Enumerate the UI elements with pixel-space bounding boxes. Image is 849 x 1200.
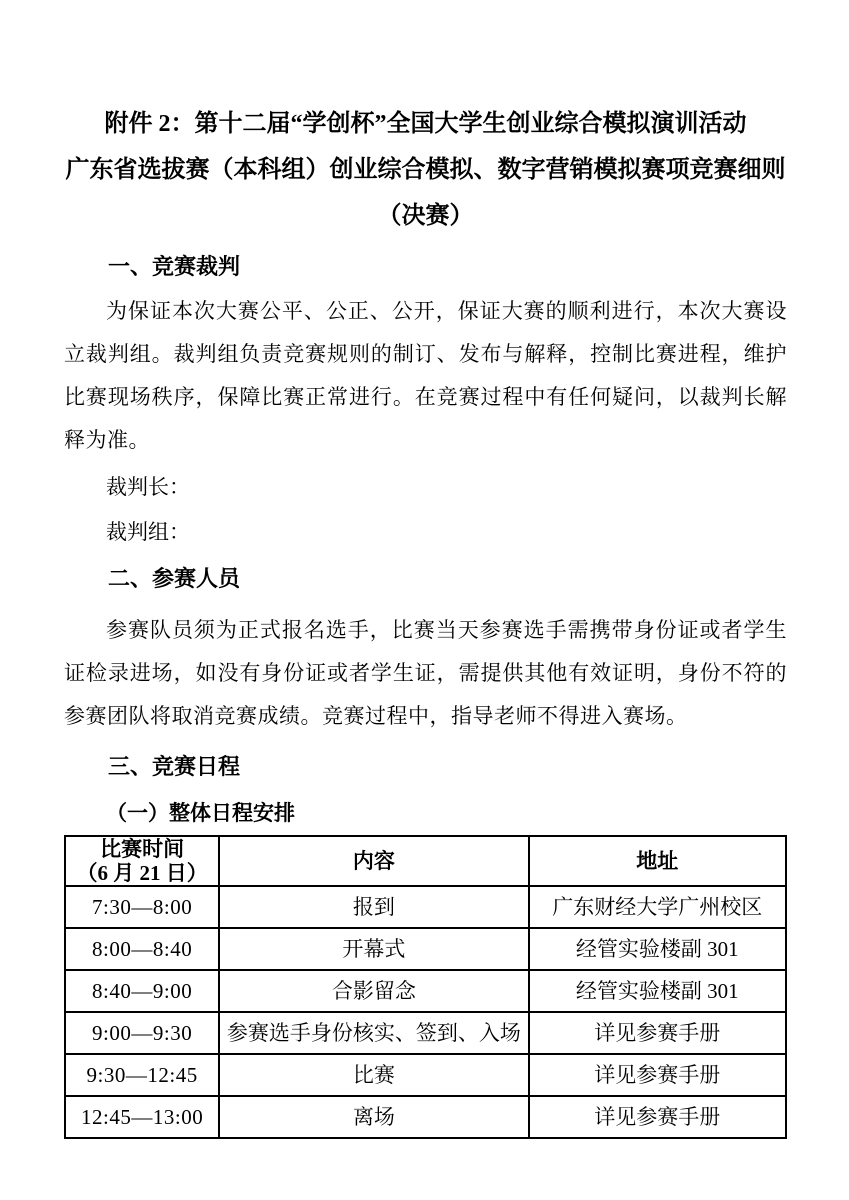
paragraph-referees-body: 为保证本次大赛公平、公正、公开，保证大赛的顺利进行，本次大赛设立裁判组。裁判组负… <box>64 290 787 462</box>
cell-time: 9:00—9:30 <box>65 1012 219 1054</box>
table-row: 7:30—8:00 报到 广东财经大学广州校区 <box>65 886 786 928</box>
heading-competition-schedule: 三、竞赛日程 <box>64 745 787 788</box>
table-row: 12:45—13:00 离场 详见参赛手册 <box>65 1096 786 1138</box>
cell-content: 合影留念 <box>219 970 528 1012</box>
label-chief-referee: 裁判长： <box>64 466 787 509</box>
schedule-table: 比赛时间 （6 月 21 日） 内容 地址 7:30—8:00 报到 广东财经大… <box>64 835 787 1139</box>
cell-address: 详见参赛手册 <box>529 1012 786 1054</box>
cell-content: 参赛选手身份核实、签到、入场 <box>219 1012 528 1054</box>
cell-content: 比赛 <box>219 1054 528 1096</box>
table-row: 9:30—12:45 比赛 详见参赛手册 <box>65 1054 786 1096</box>
paragraph-participants-body: 参赛队员须为正式报名选手，比赛当天参赛选手需携带身份证或者学生证检录进场，如没有… <box>64 609 787 738</box>
cell-content: 报到 <box>219 886 528 928</box>
cell-content: 离场 <box>219 1096 528 1138</box>
cell-time: 8:00—8:40 <box>65 928 219 970</box>
cell-address: 经管实验楼副 301 <box>529 928 786 970</box>
title-line-3: （决赛） <box>64 193 787 239</box>
document-page: 附件 2：第十二届“学创杯”全国大学生创业综合模拟演训活动 广东省选拔赛（本科组… <box>0 0 849 1200</box>
cell-time: 7:30—8:00 <box>65 886 219 928</box>
schedule-table-header: 比赛时间 （6 月 21 日） 内容 地址 <box>65 836 786 886</box>
column-header-time: 比赛时间 （6 月 21 日） <box>65 836 219 886</box>
column-header-address: 地址 <box>529 836 786 886</box>
table-row: 8:40—9:00 合影留念 经管实验楼副 301 <box>65 970 786 1012</box>
column-header-time-line1: 比赛时间 <box>100 837 184 861</box>
cell-address: 经管实验楼副 301 <box>529 970 786 1012</box>
title-line-1: 附件 2：第十二届“学创杯”全国大学生创业综合模拟演训活动 <box>64 101 787 147</box>
document-title: 附件 2：第十二届“学创杯”全国大学生创业综合模拟演训活动 广东省选拔赛（本科组… <box>64 101 787 239</box>
cell-time: 12:45—13:00 <box>65 1096 219 1138</box>
cell-time: 9:30—12:45 <box>65 1054 219 1096</box>
cell-address: 广东财经大学广州校区 <box>529 886 786 928</box>
cell-address: 详见参赛手册 <box>529 1054 786 1096</box>
label-referee-group: 裁判组： <box>64 511 787 554</box>
heading-participants: 二、参赛人员 <box>64 557 787 600</box>
heading-competition-referees: 一、竞赛裁判 <box>64 245 787 288</box>
table-row: 9:00—9:30 参赛选手身份核实、签到、入场 详见参赛手册 <box>65 1012 786 1054</box>
table-row: 8:00—8:40 开幕式 经管实验楼副 301 <box>65 928 786 970</box>
cell-address: 详见参赛手册 <box>529 1096 786 1138</box>
title-line-2: 广东省选拔赛（本科组）创业综合模拟、数字营销模拟赛项竞赛细则 <box>64 147 787 193</box>
header-row: 比赛时间 （6 月 21 日） 内容 地址 <box>65 836 786 886</box>
column-header-time-line2: （6 月 21 日） <box>77 861 208 885</box>
cell-time: 8:40—9:00 <box>65 970 219 1012</box>
schedule-table-body: 7:30—8:00 报到 广东财经大学广州校区 8:00—8:40 开幕式 经管… <box>65 886 786 1138</box>
subheading-overall-schedule: （一）整体日程安排 <box>64 793 787 833</box>
cell-content: 开幕式 <box>219 928 528 970</box>
column-header-content: 内容 <box>219 836 528 886</box>
